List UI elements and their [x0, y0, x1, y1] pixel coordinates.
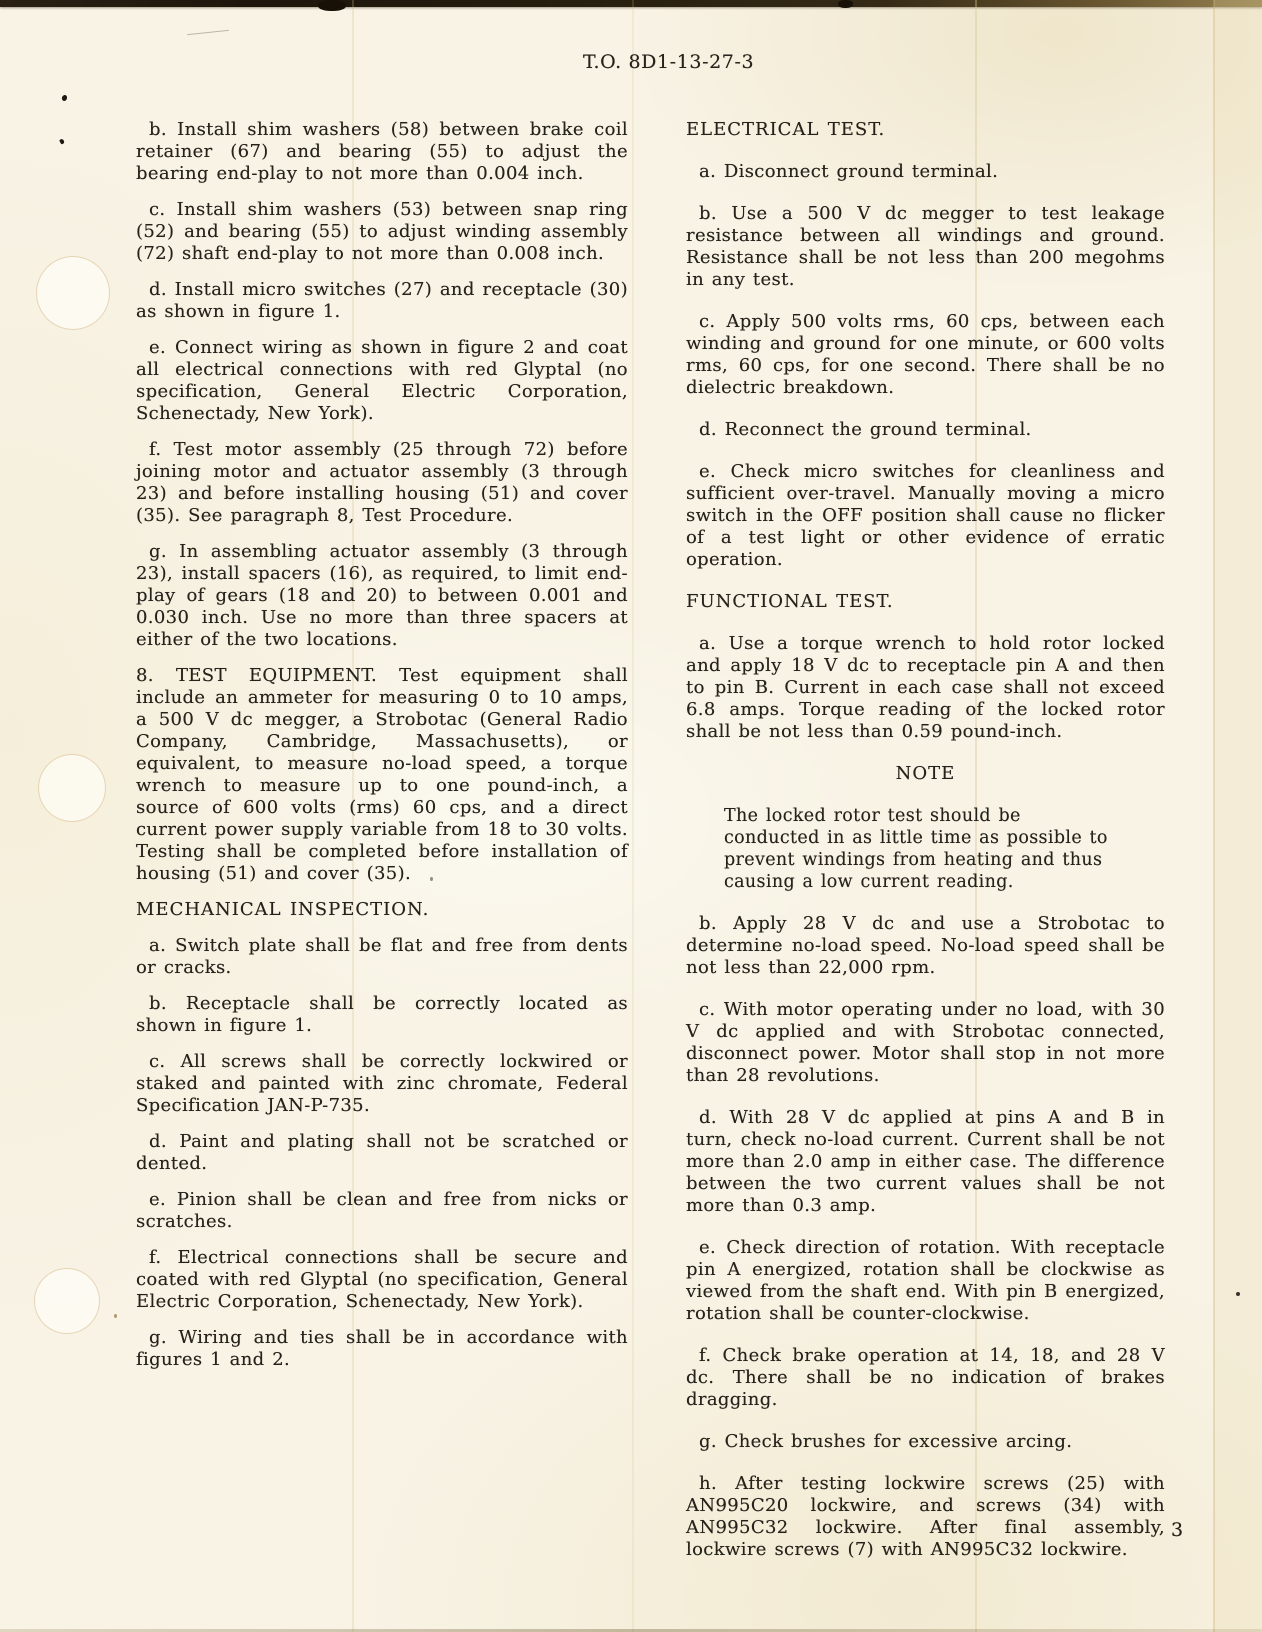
scan-edge-right-band: [1214, 0, 1262, 1632]
pencil-mark-artifact: [187, 30, 229, 35]
functional-test-step-c: c. With motor operating under no load, w…: [686, 999, 1165, 1087]
right-column: ELECTRICAL TEST. a. Disconnect ground te…: [686, 119, 1165, 1581]
paper-fold-line: [632, 0, 634, 1632]
functional-test-heading: FUNCTIONAL TEST.: [686, 591, 1165, 613]
note-heading: NOTE: [686, 763, 1165, 785]
functional-test-step-b: b. Apply 28 V dc and use a Strobotac to …: [686, 913, 1165, 979]
note-body: The locked rotor test should be conducte…: [686, 805, 1165, 893]
electrical-test-step-a: a. Disconnect ground terminal.: [686, 161, 1165, 183]
left-column: b. Install shim washers (58) between bra…: [136, 119, 628, 1385]
assembly-step-f: f. Test motor assembly (25 through 72) b…: [136, 439, 628, 527]
functional-test-step-g: g. Check brushes for excessive arcing.: [686, 1431, 1165, 1453]
assembly-step-e: e. Connect wiring as shown in figure 2 a…: [136, 337, 628, 425]
scan-edge-top-artifact: [0, 0, 1262, 7]
scanned-document-page: T.O. 8D1-13-27-3 b. Install shim washers…: [0, 0, 1262, 1632]
stain-circle-artifact: [38, 754, 106, 822]
ink-speck-artifact: [1236, 1292, 1240, 1296]
functional-test-step-a: a. Use a torque wrench to hold rotor loc…: [686, 633, 1165, 743]
ink-speck-artifact: [59, 138, 65, 144]
electrical-test-heading: ELECTRICAL TEST.: [686, 119, 1165, 141]
electrical-test-step-b: b. Use a 500 V dc megger to test leakage…: [686, 203, 1165, 291]
stain-circle-artifact: [36, 256, 110, 330]
assembly-step-c: c. Install shim washers (53) between sna…: [136, 199, 628, 265]
functional-test-step-e: e. Check direction of rotation. With rec…: [686, 1237, 1165, 1325]
inspection-step-e: e. Pinion shall be clean and free from n…: [136, 1189, 628, 1233]
inspection-step-f: f. Electrical connections shall be secur…: [136, 1247, 628, 1313]
inspection-step-g: g. Wiring and ties shall be in accordanc…: [136, 1327, 628, 1371]
technical-order-number: T.O. 8D1-13-27-3: [583, 51, 754, 73]
ink-speck-artifact: [61, 94, 68, 101]
functional-test-step-f: f. Check brake operation at 14, 18, and …: [686, 1345, 1165, 1411]
assembly-step-g: g. In assembling actuator assembly (3 th…: [136, 541, 628, 651]
assembly-step-d: d. Install micro switches (27) and recep…: [136, 279, 628, 323]
test-equipment-paragraph: 8. TEST EQUIPMENT. Test equipment shall …: [136, 665, 628, 885]
ink-blob-artifact: [318, 0, 346, 11]
functional-test-step-d: d. With 28 V dc applied at pins A and B …: [686, 1107, 1165, 1217]
inspection-step-b: b. Receptacle shall be correctly located…: [136, 993, 628, 1037]
functional-test-step-h: h. After testing lockwire screws (25) wi…: [686, 1473, 1165, 1561]
ink-speck-artifact: [114, 1314, 117, 1318]
electrical-test-step-d: d. Reconnect the ground terminal.: [686, 419, 1165, 441]
stain-circle-artifact: [34, 1268, 100, 1334]
inspection-step-a: a. Switch plate shall be flat and free f…: [136, 935, 628, 979]
electrical-test-step-e: e. Check micro switches for cleanliness …: [686, 461, 1165, 571]
inspection-step-c: c. All screws shall be correctly lockwir…: [136, 1051, 628, 1117]
inspection-step-d: d. Paint and plating shall not be scratc…: [136, 1131, 628, 1175]
electrical-test-step-c: c. Apply 500 volts rms, 60 cps, between …: [686, 311, 1165, 399]
paper-fold-line: [1213, 0, 1215, 1632]
page-number: 3: [1171, 1519, 1183, 1541]
mechanical-inspection-heading: MECHANICAL INSPECTION.: [136, 899, 628, 921]
assembly-step-b: b. Install shim washers (58) between bra…: [136, 119, 628, 185]
ink-blob-artifact: [838, 0, 853, 8]
